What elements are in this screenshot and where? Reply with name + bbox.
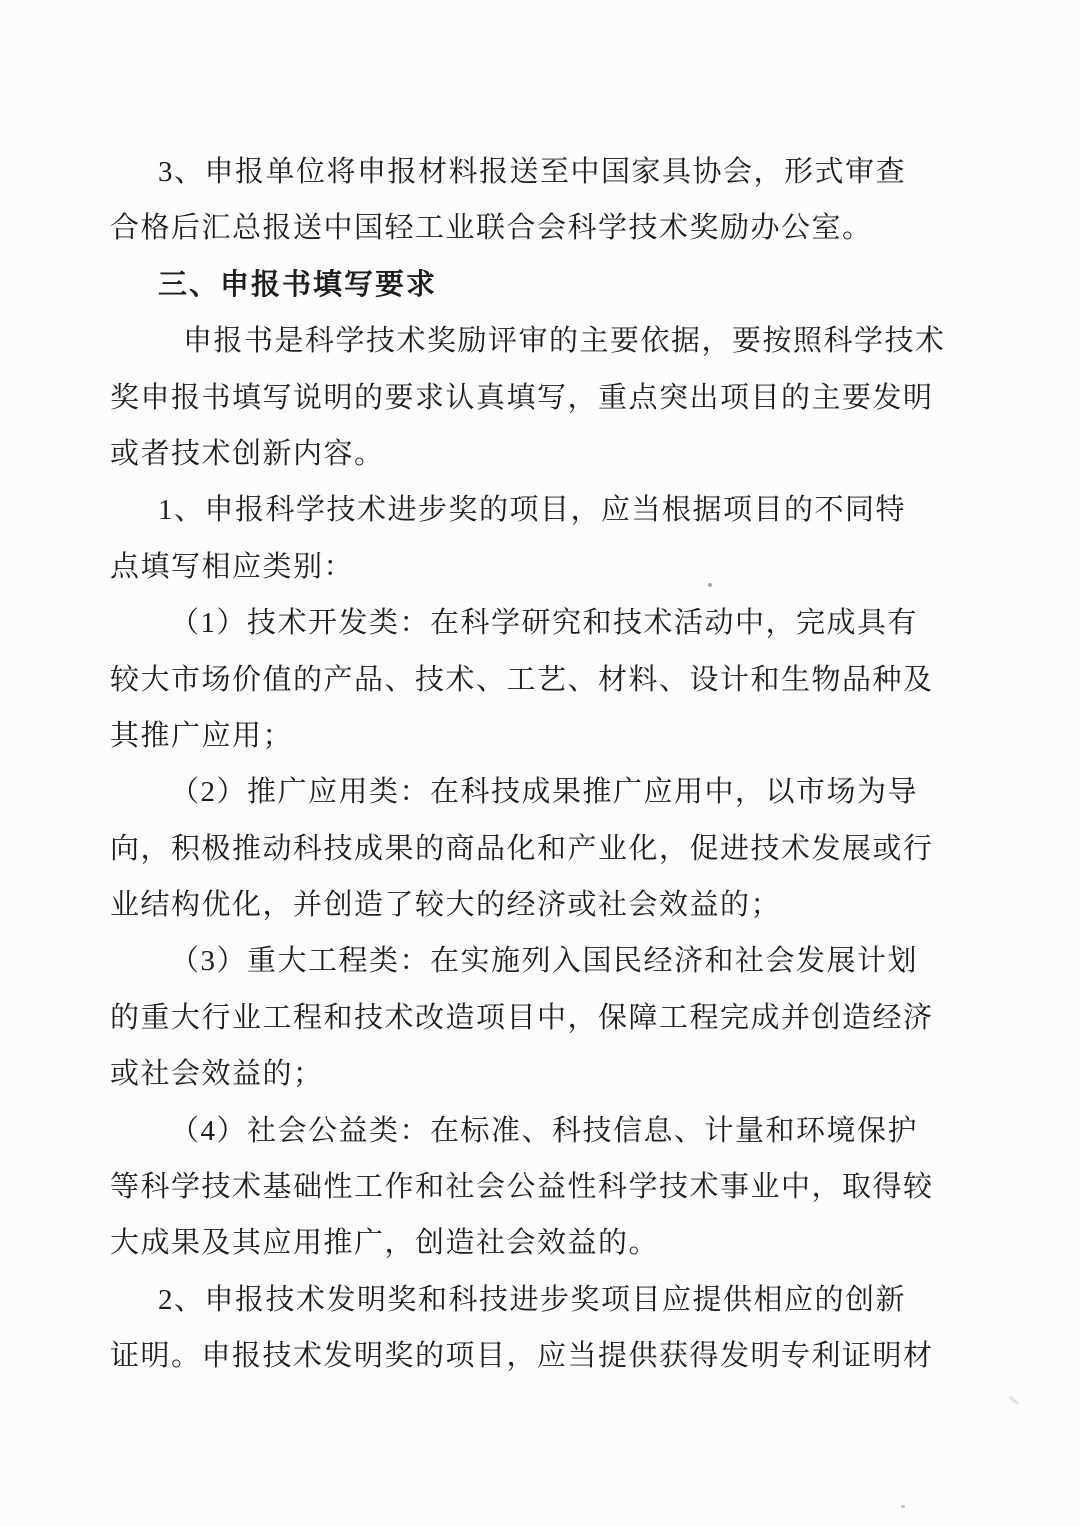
text-line: 或社会效益的； <box>110 1046 1050 1102</box>
scan-speck <box>901 1505 905 1508</box>
text-line: 其推广应用； <box>110 708 1050 764</box>
text-line: 的重大行业工程和技术改造项目中，保障工程完成并创造经济 <box>110 990 1050 1046</box>
text-line: 奖申报书填写说明的要求认真填写，重点突出项目的主要发明 <box>110 370 1050 426</box>
text-line-subitem-3-start: （3）重大工程类：在实施列入国民经济和社会发展计划 <box>110 933 1050 989</box>
text-line: 业结构优化，并创造了较大的经济或社会效益的； <box>110 877 1050 933</box>
document-body: 3、申报单位将申报材料报送至中国家具协会，形式审查 合格后汇总报送中国轻工业联合… <box>110 144 1050 1385</box>
text-line: 合格后汇总报送中国轻工业联合会科学技术奖励办公室。 <box>110 200 1050 256</box>
text-line-subitem-2-start: （2）推广应用类：在科技成果推广应用中，以市场为导 <box>110 764 1050 820</box>
text-line-item-1-start: 1、申报科学技术进步奖的项目，应当根据项目的不同特 <box>110 482 1050 538</box>
text-line-subitem-1-start: （1）技术开发类：在科学研究和技术活动中，完成具有 <box>110 595 1050 651</box>
text-line-item-3-start: 3、申报单位将申报材料报送至中国家具协会，形式审查 <box>110 144 1050 200</box>
text-line: 证明。申报技术发明奖的项目，应当提供获得发明专利证明材 <box>110 1328 1050 1384</box>
text-line: 等科学技术基础性工作和社会公益性科学技术事业中，取得较 <box>110 1159 1050 1215</box>
section-heading: 三、申报书填写要求 <box>110 257 1050 313</box>
text-line-paragraph-start: 申报书是科学技术奖励评审的主要依据，要按照科学技术 <box>110 313 1050 369</box>
scan-speck <box>708 583 712 587</box>
text-line-item-2-start: 2、申报技术发明奖和科技进步奖项目应提供相应的创新 <box>110 1272 1050 1328</box>
text-line: 点填写相应类别： <box>110 539 1050 595</box>
text-line: 向，积极推动科技成果的商品化和产业化，促进技术发展或行 <box>110 821 1050 877</box>
scan-speck <box>1008 1395 1019 1405</box>
text-line: 大成果及其应用推广，创造社会效益的。 <box>110 1215 1050 1271</box>
text-line: 或者技术创新内容。 <box>110 426 1050 482</box>
text-line: 较大市场价值的产品、技术、工艺、材料、设计和生物品种及 <box>110 652 1050 708</box>
document-page: 3、申报单位将申报材料报送至中国家具协会，形式审查 合格后汇总报送中国轻工业联合… <box>0 0 1080 1526</box>
text-line-subitem-4-start: （4）社会公益类：在标准、科技信息、计量和环境保护 <box>110 1103 1050 1159</box>
